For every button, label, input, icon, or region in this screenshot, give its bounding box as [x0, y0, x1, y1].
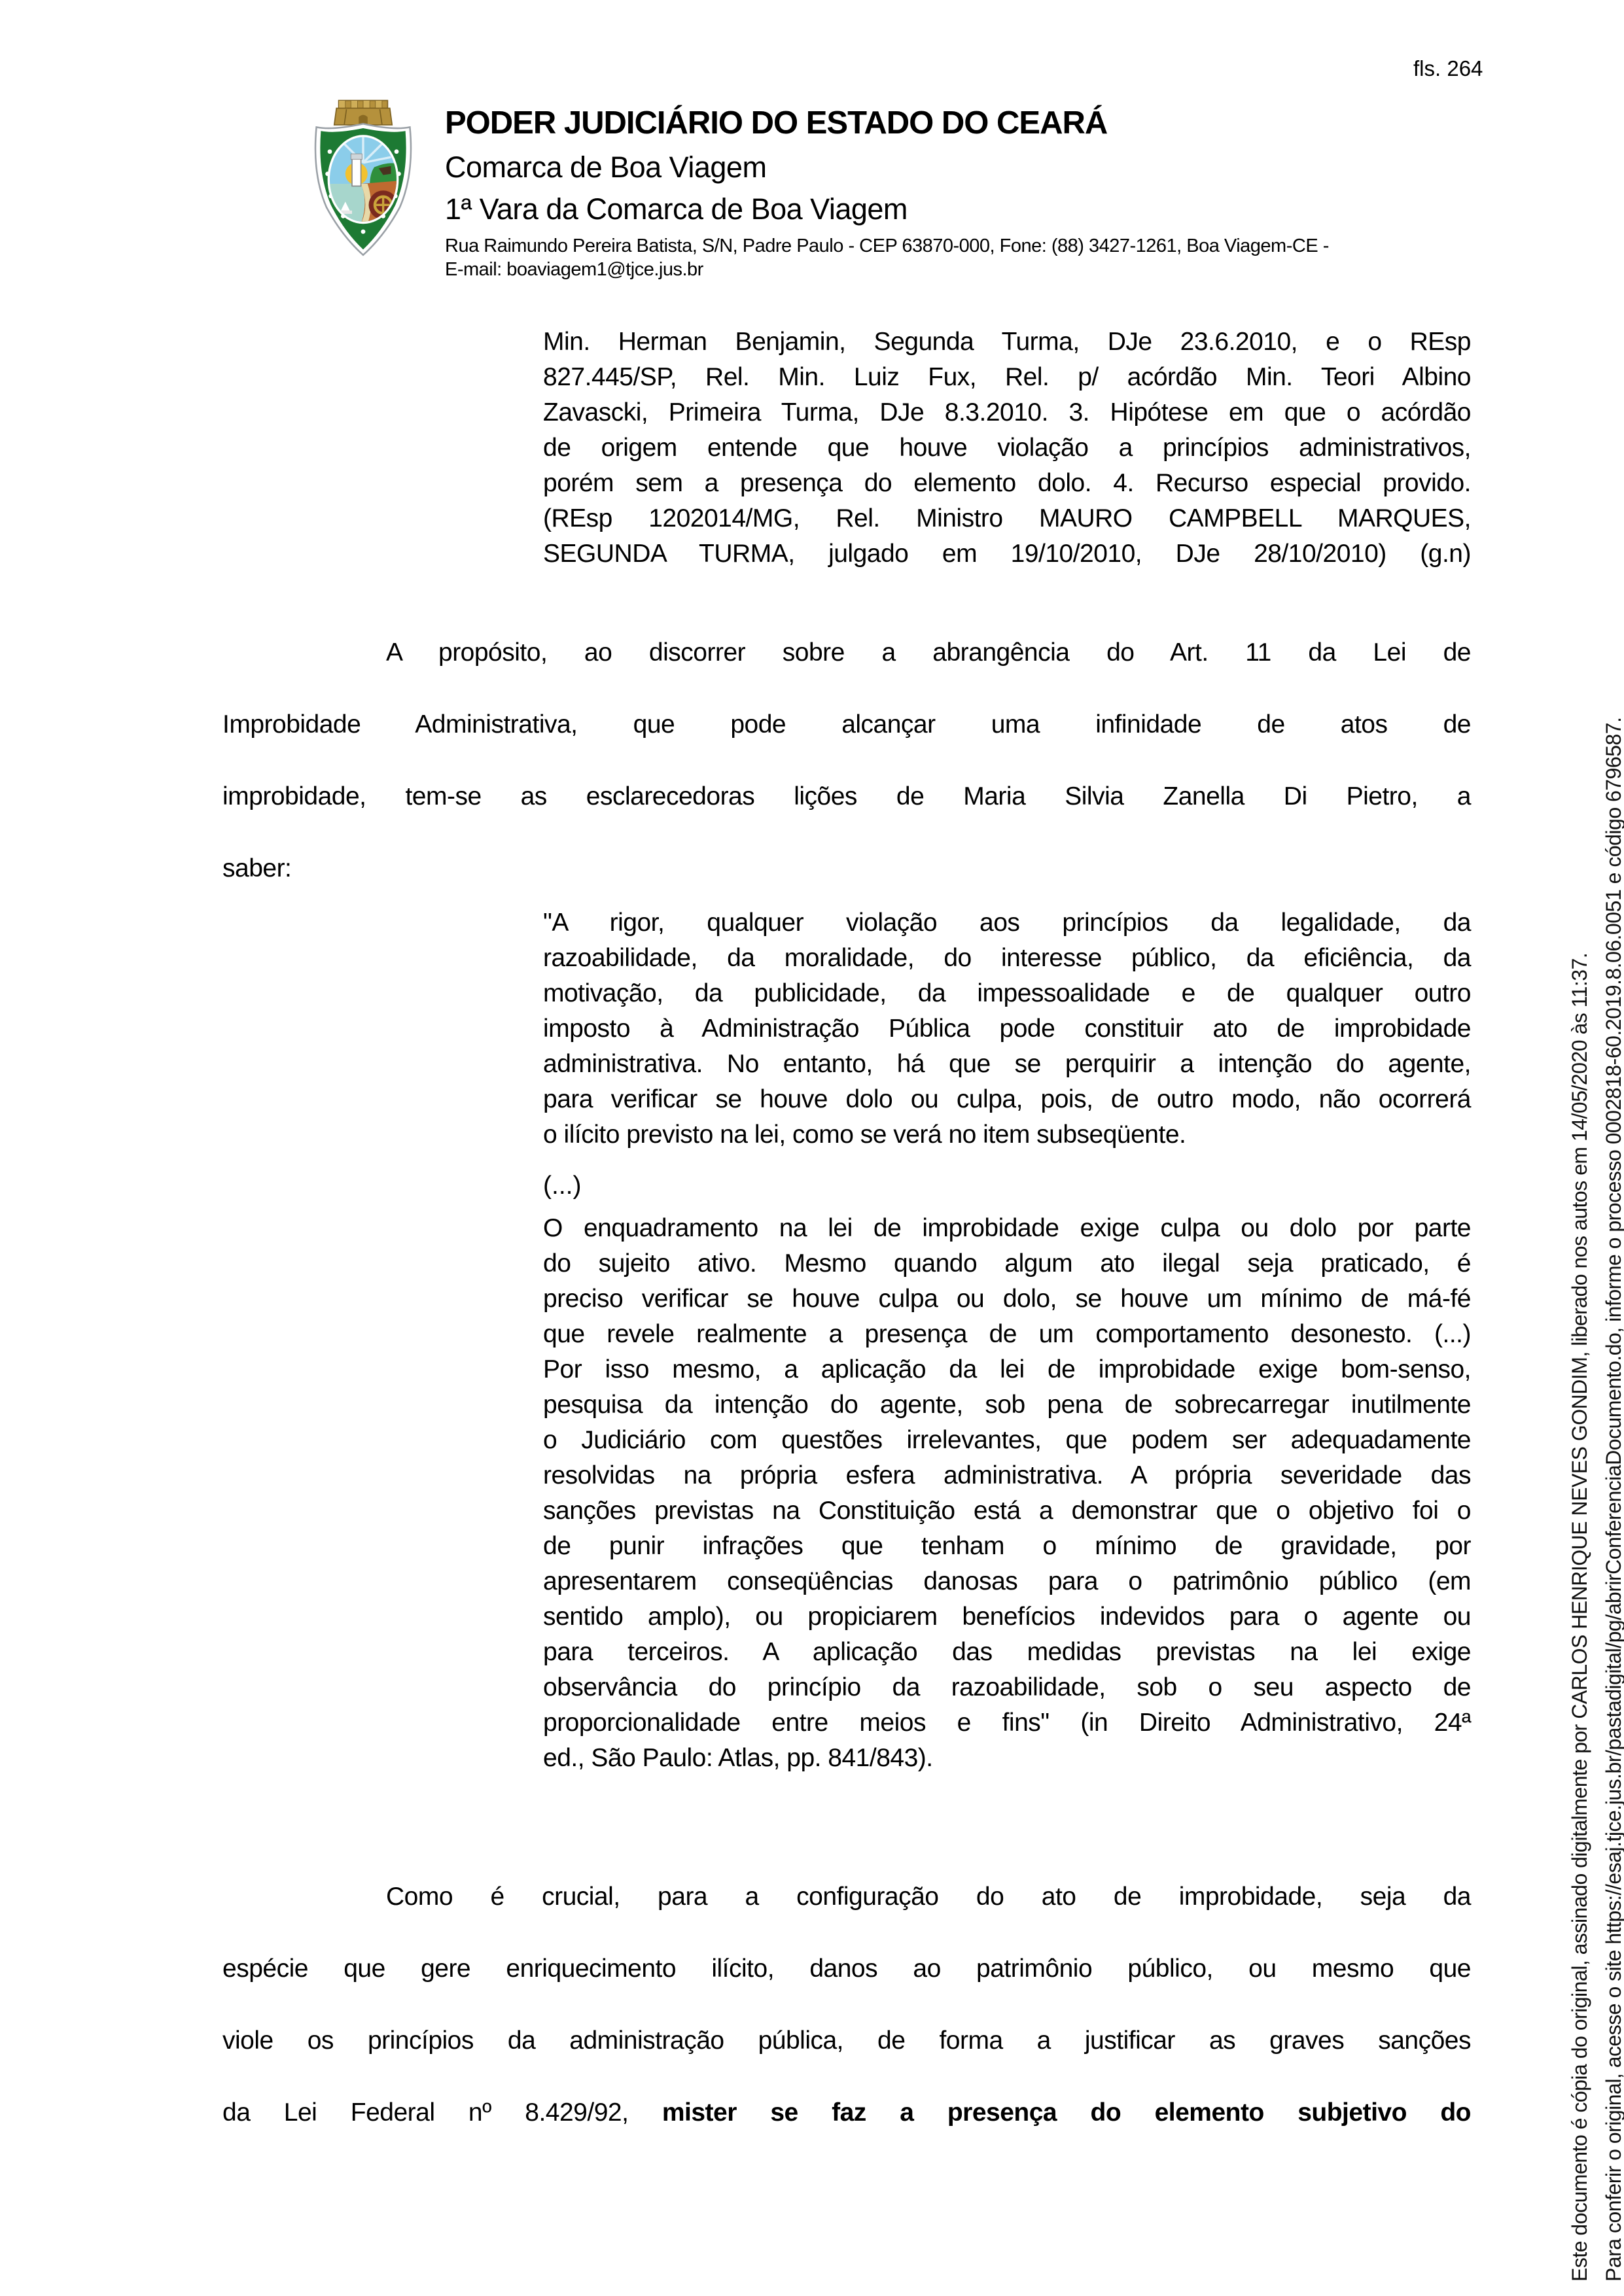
- emphasized-text: mister se faz a presença do elemento sub…: [662, 2098, 1471, 2127]
- ceara-coat-of-arms-icon: [308, 96, 419, 258]
- court-branch: 1ª Vara da Comarca de Boa Viagem: [445, 188, 1518, 230]
- text-line: de punir infrações que tenham o mínimo d…: [543, 1529, 1471, 1564]
- signature-note-line-2: Para conferir o original, acesse o site …: [1602, 718, 1624, 2282]
- document-page: fls. 264: [0, 0, 1624, 2296]
- text-line: da Lei Federal nº 8.429/92, mister se fa…: [222, 2077, 1471, 2149]
- text-line: o ilícito previsto na lei, como se verá …: [543, 1117, 1471, 1153]
- text-line: viole os princípios da administração púb…: [222, 2005, 1471, 2077]
- court-district: Comarca de Boa Viagem: [445, 147, 1518, 188]
- text-line: de origem entende que houve violação a p…: [543, 430, 1471, 466]
- text-line: administrativa. No entanto, há que se pe…: [543, 1047, 1471, 1082]
- text-line: o Judiciário com questões irrelevantes, …: [543, 1423, 1471, 1458]
- text-line: Zavascki, Primeira Turma, DJe 8.3.2010. …: [543, 395, 1471, 430]
- text-line: que revele realmente a presença de um co…: [543, 1317, 1471, 1352]
- text-line: A propósito, ao discorrer sobre a abrang…: [222, 617, 1471, 689]
- ellipsis-marker: (...): [543, 1168, 1471, 1204]
- text-line: Improbidade Administrativa, que pode alc…: [222, 689, 1471, 761]
- citation-block-1: Min. Herman Benjamin, Segunda Turma, DJe…: [543, 324, 1471, 572]
- text-line: razoabilidade, da moralidade, do interes…: [543, 941, 1471, 976]
- paragraph-2: Como é crucial, para a configuração do a…: [222, 1861, 1471, 2149]
- folio-number: fls. 264: [1413, 56, 1483, 81]
- text-line: improbidade, tem-se as esclarecedoras li…: [222, 761, 1471, 833]
- text-line: para terceiros. A aplicação das medidas …: [543, 1635, 1471, 1670]
- text-line: Min. Herman Benjamin, Segunda Turma, DJe…: [543, 324, 1471, 360]
- text-line: motivação, da publicidade, da impessoali…: [543, 976, 1471, 1011]
- court-email: E-mail: boaviagem1@tjce.jus.br: [445, 258, 1518, 281]
- citation-block-2: "A rigor, qualquer violação aos princípi…: [543, 905, 1471, 1153]
- text-line: imposto à Administração Pública pode con…: [543, 1011, 1471, 1047]
- text-line: apresentarem conseqüências danosas para …: [543, 1564, 1471, 1599]
- text-line: O enquadramento na lei de improbidade ex…: [543, 1211, 1471, 1246]
- text-line: "A rigor, qualquer violação aos princípi…: [543, 905, 1471, 941]
- citation-block-3: O enquadramento na lei de improbidade ex…: [543, 1211, 1471, 1776]
- text-line: Como é crucial, para a configuração do a…: [222, 1861, 1471, 1933]
- court-title: PODER JUDICIÁRIO DO ESTADO DO CEARÁ: [445, 105, 1518, 141]
- text-line: resolvidas na própria esfera administrat…: [543, 1458, 1471, 1493]
- text-line: 827.445/SP, Rel. Min. Luiz Fux, Rel. p/ …: [543, 360, 1471, 395]
- text-line: SEGUNDA TURMA, julgado em 19/10/2010, DJ…: [543, 536, 1471, 572]
- text-line: preciso verificar se houve culpa ou dolo…: [543, 1281, 1471, 1317]
- crown: [334, 101, 392, 125]
- text-line: porém sem a presença do elemento dolo. 4…: [543, 466, 1471, 501]
- paragraph-1: A propósito, ao discorrer sobre a abrang…: [222, 617, 1471, 905]
- text-line: (REsp 1202014/MG, Rel. Ministro MAURO CA…: [543, 501, 1471, 536]
- text-line: para verificar se houve dolo ou culpa, p…: [543, 1082, 1471, 1117]
- text-line: pesquisa da intenção do agente, sob pena…: [543, 1387, 1471, 1423]
- signature-note-line-1: Este documento é cópia do original, assi…: [1568, 953, 1592, 2282]
- text-line: Por isso mesmo, a aplicação da lei de im…: [543, 1352, 1471, 1387]
- court-address: Rua Raimundo Pereira Batista, S/N, Padre…: [445, 234, 1518, 258]
- letterhead: PODER JUDICIÁRIO DO ESTADO DO CEARÁ Coma…: [445, 105, 1518, 281]
- text-segment: da Lei Federal nº 8.429/92,: [222, 2098, 662, 2127]
- text-line: saber:: [222, 833, 1471, 905]
- text-line: sanções previstas na Constituição está a…: [543, 1493, 1471, 1529]
- text-line: observância do princípio da razoabilidad…: [543, 1670, 1471, 1705]
- text-line: ed., São Paulo: Atlas, pp. 841/843).: [543, 1741, 1471, 1776]
- text-line: proporcionalidade entre meios e fins" (i…: [543, 1705, 1471, 1741]
- text-line: sentido amplo), ou propiciarem benefício…: [543, 1599, 1471, 1635]
- text-line: espécie que gere enriquecimento ilícito,…: [222, 1933, 1471, 2005]
- text-line: do sujeito ativo. Mesmo quando algum ato…: [543, 1246, 1471, 1281]
